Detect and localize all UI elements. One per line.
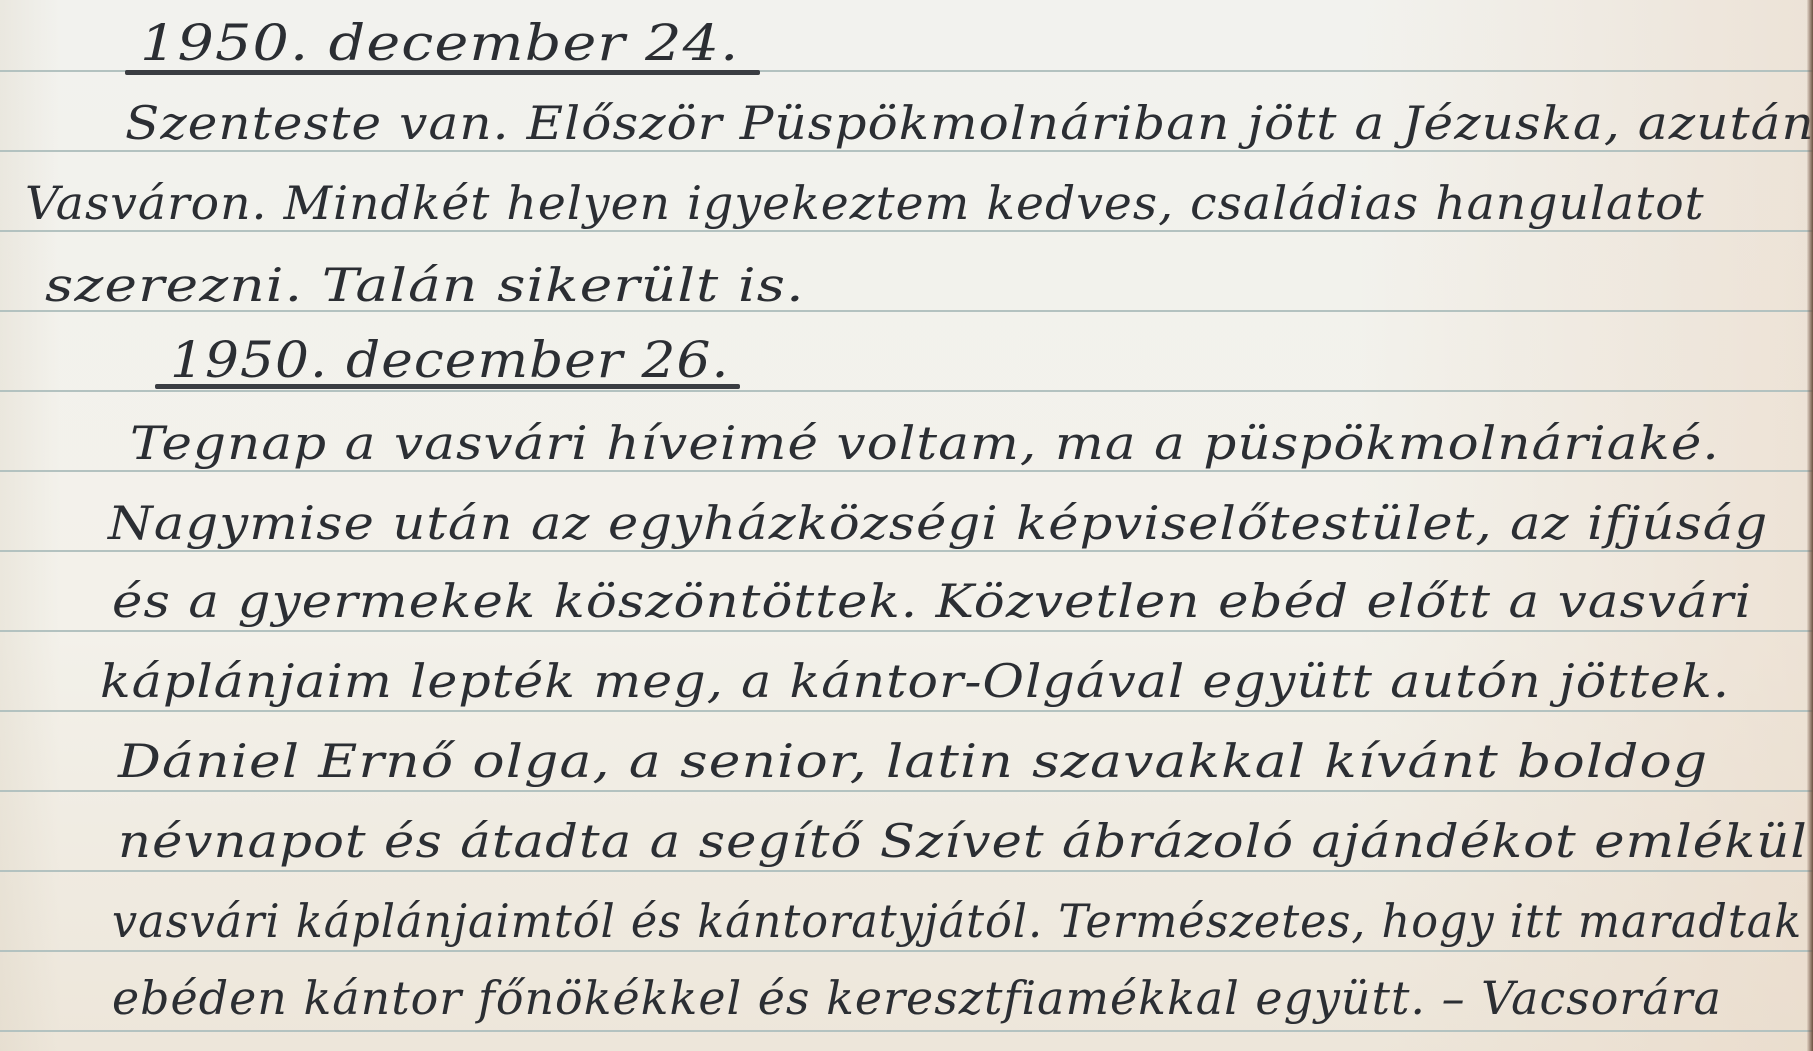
entry-text-line: szerezni. Talán sikerült is.: [45, 262, 805, 308]
ruled-line: [0, 550, 1813, 552]
entry-text-line: Nagymise után az egyházközségi képviselő…: [108, 500, 1768, 546]
entry-text-line: vasvári káplánjaimtól és kántoratyjától.…: [112, 898, 1802, 944]
ruled-line: [0, 790, 1813, 792]
entry-text-line: Vasváron. Mindkét helyen igyekeztem kedv…: [25, 180, 1705, 226]
ruled-line: [0, 870, 1813, 872]
ruled-line: [0, 470, 1813, 472]
entry-text-line: ebéden kántor főnökékkel és keresztfiamé…: [112, 975, 1722, 1021]
entry-text-line: Dániel Ernő olga, a senior, latin szavak…: [118, 738, 1708, 784]
ruled-line: [0, 230, 1813, 232]
entry-text-line: káplánjaim lepték meg, a kántor-Olgával …: [100, 658, 1730, 704]
ruled-line: [0, 950, 1813, 952]
entry-text-line: névnapot és átadta a segítő Szívet ábráz…: [118, 818, 1808, 864]
entry-text-line: Szenteste van. Először Püspökmolnáriban …: [125, 100, 1813, 146]
ruled-line: [0, 390, 1813, 392]
entry-text-line: Tegnap a vasvári híveimé voltam, ma a pü…: [130, 420, 1720, 466]
page-edge: [1807, 0, 1813, 1051]
heading-underline: [125, 70, 760, 75]
ruled-line: [0, 710, 1813, 712]
entry-text-line: és a gyermekek köszöntöttek. Közvetlen e…: [112, 578, 1752, 624]
ruled-line: [0, 1030, 1813, 1032]
diary-page: 1950. december 24. Szenteste van. Előszö…: [0, 0, 1813, 1051]
entry-date-heading: 1950. december 24.: [140, 18, 739, 68]
ruled-line: [0, 150, 1813, 152]
heading-underline: [155, 384, 740, 389]
ruled-line: [0, 630, 1813, 632]
entry-date-heading: 1950. december 26.: [170, 335, 730, 385]
